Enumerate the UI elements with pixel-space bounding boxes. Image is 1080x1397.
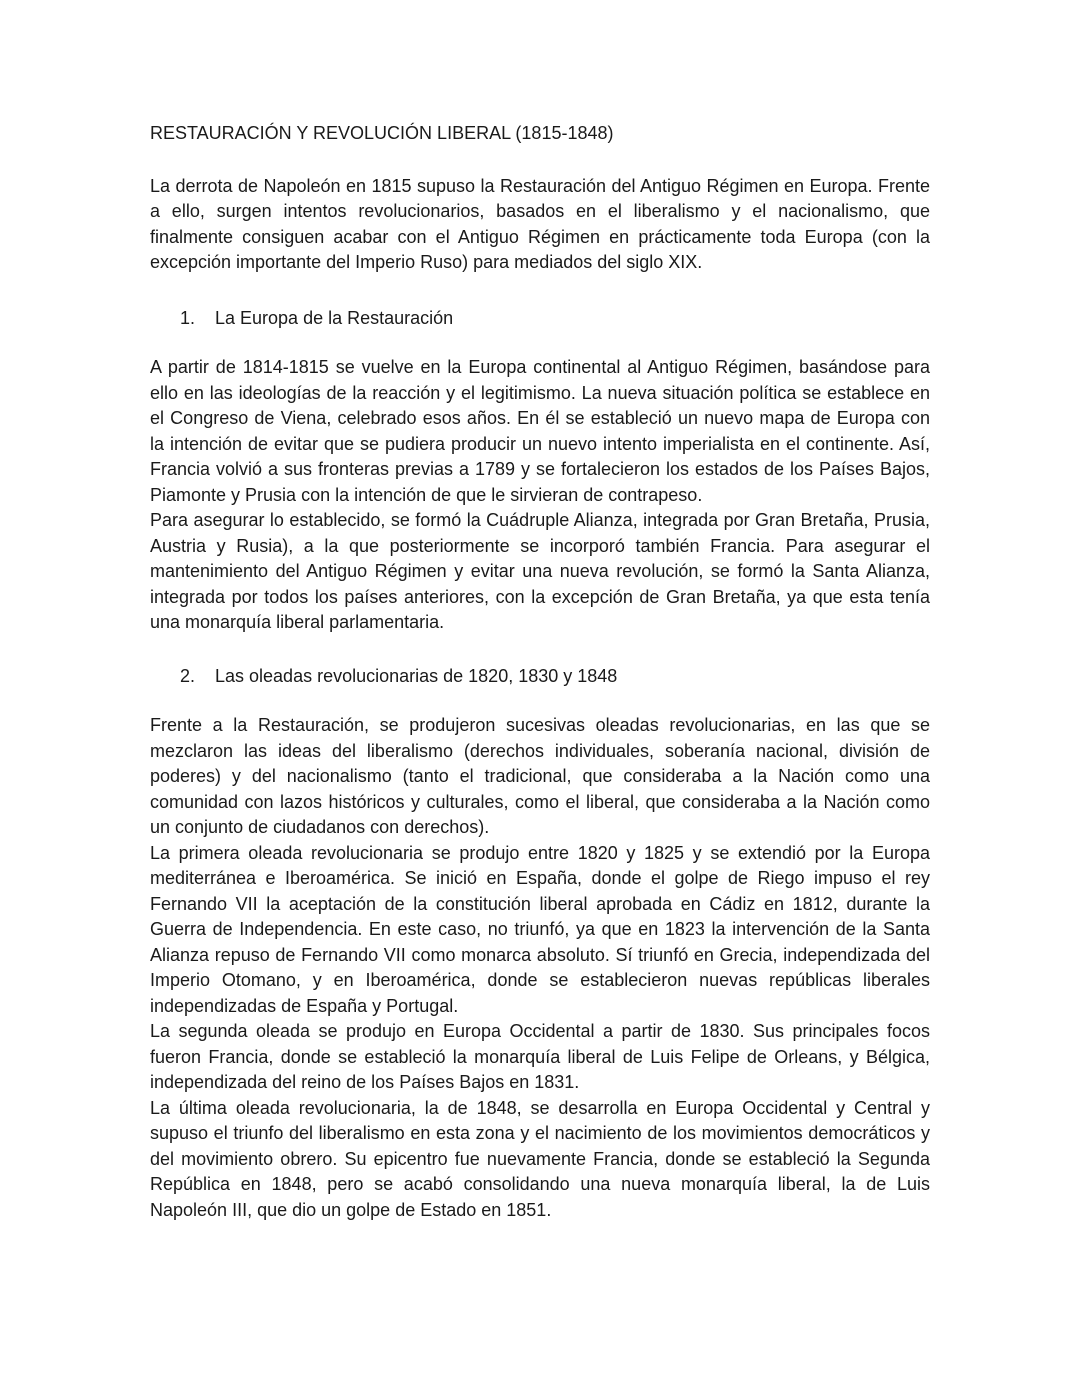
section-number: 1. <box>180 306 195 332</box>
document-title: RESTAURACIÓN Y REVOLUCIÓN LIBERAL (1815-… <box>150 121 930 147</box>
section-body: Frente a la Restauración, se produjeron … <box>150 713 930 1223</box>
section-body: A partir de 1814-1815 se vuelve en la Eu… <box>150 355 930 636</box>
section-heading: 1. La Europa de la Restauración <box>150 306 930 332</box>
body-paragraph: Para asegurar lo establecido, se formó l… <box>150 508 930 636</box>
body-paragraph: La segunda oleada se produjo en Europa O… <box>150 1019 930 1096</box>
section-number: 2. <box>180 664 195 690</box>
section-heading-label: Las oleadas revolucionarias de 1820, 183… <box>215 666 617 686</box>
section-heading-label: La Europa de la Restauración <box>215 308 453 328</box>
body-paragraph: La última oleada revolucionaria, la de 1… <box>150 1096 930 1224</box>
body-paragraph: A partir de 1814-1815 se vuelve en la Eu… <box>150 355 930 508</box>
section-las-oleadas-revolucionarias: 2. Las oleadas revolucionarias de 1820, … <box>150 664 930 1224</box>
body-paragraph: Frente a la Restauración, se produjeron … <box>150 713 930 841</box>
section-heading: 2. Las oleadas revolucionarias de 1820, … <box>150 664 930 690</box>
section-la-europa-de-la-restauracion: 1. La Europa de la Restauración A partir… <box>150 306 930 636</box>
intro-paragraph: La derrota de Napoleón en 1815 supuso la… <box>150 174 930 276</box>
document-page: RESTAURACIÓN Y REVOLUCIÓN LIBERAL (1815-… <box>0 0 1080 1397</box>
body-paragraph: La primera oleada revolucionaria se prod… <box>150 841 930 1020</box>
